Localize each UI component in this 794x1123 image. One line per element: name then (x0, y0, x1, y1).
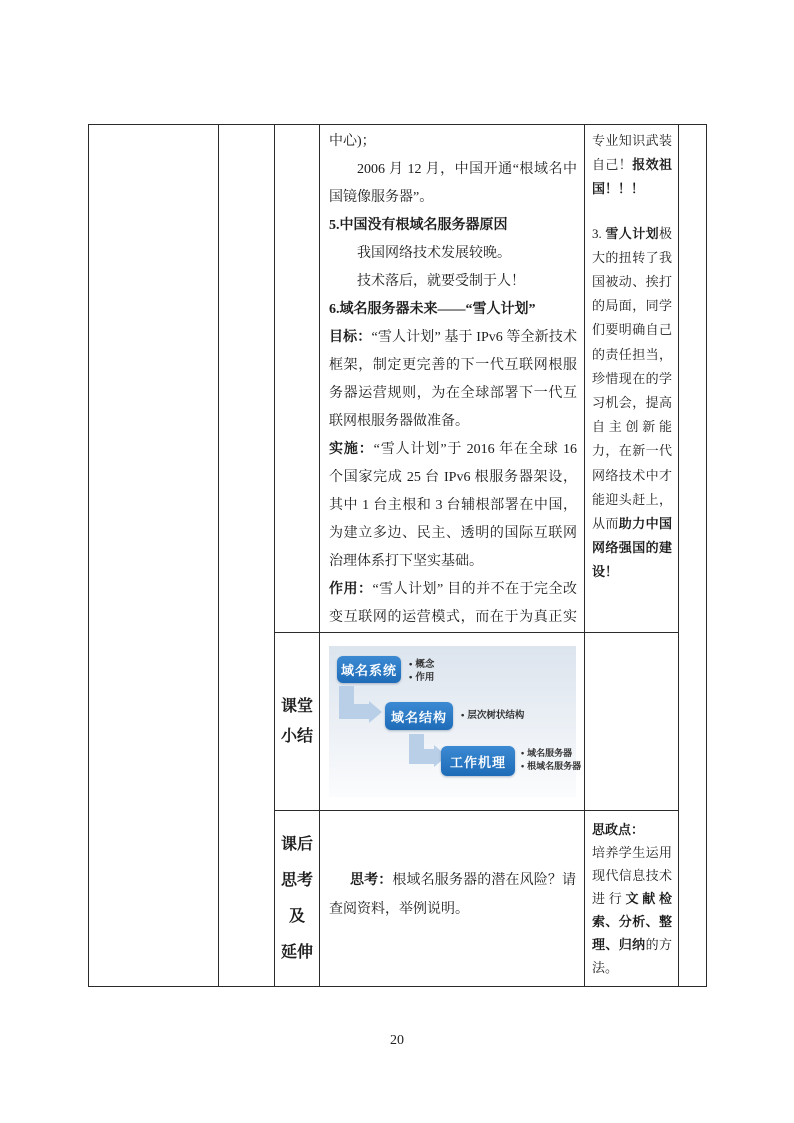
diagram-node-domain-structure: 域名结构 (385, 702, 453, 730)
diagram-node-domain-system: 域名系统 (337, 656, 401, 683)
flow-arrow-icon (409, 734, 424, 764)
after-class-content-cell: 思考：根域名服务器的潜在风险？请查阅资料，举例说明。 (320, 811, 585, 986)
row-label-cell-empty (275, 125, 320, 633)
row-label-class-summary: 课堂小结 (275, 633, 320, 811)
diagram-node-working-mechanism-bullets: •域名服务器•根域名服务器 (521, 747, 581, 773)
summary-flow-diagram: 域名系统 •概念•作用 域名结构 •层次树状结构 工作机理 •域名服务器•根域名… (329, 646, 576, 797)
page-number: 20 (0, 1033, 794, 1049)
summary-notes-cell-empty (585, 633, 679, 811)
teaching-content-cell: 中心)；2006 月 12 月，中国开通“根域名中国镜像服务器”。5.中国没有根… (320, 125, 585, 633)
ideology-notes-cell: 专业知识武装自己！报效祖国！！！3. 雪人计划极大的扭转了我国被动、挨打的局面，… (585, 125, 679, 633)
flow-arrow-icon (354, 704, 369, 719)
left-empty-column (89, 125, 219, 986)
diagram-node-working-mechanism: 工作机理 (441, 746, 515, 776)
document-page: 中心)；2006 月 12 月，中国开通“根域名中国镜像服务器”。5.中国没有根… (0, 0, 794, 1123)
row-label-after-class: 课后思考及延伸 (275, 811, 320, 986)
lesson-plan-table: 中心)；2006 月 12 月，中国开通“根域名中国镜像服务器”。5.中国没有根… (88, 124, 707, 987)
flow-arrow-icon (339, 686, 354, 719)
summary-diagram-cell: 域名系统 •概念•作用 域名结构 •层次树状结构 工作机理 •域名服务器•根域名… (320, 633, 585, 811)
diagram-node-domain-system-bullets: •概念•作用 (409, 658, 434, 684)
after-class-ideology-cell: 思政点：培养学生运用现代信息技术进行文献检索、分析、整理、归纳的方法。 (585, 811, 679, 986)
right-empty-column (679, 125, 706, 986)
flow-arrow-icon (369, 701, 382, 723)
second-empty-column (219, 125, 275, 986)
diagram-node-domain-structure-bullets: •层次树状结构 (461, 709, 524, 722)
